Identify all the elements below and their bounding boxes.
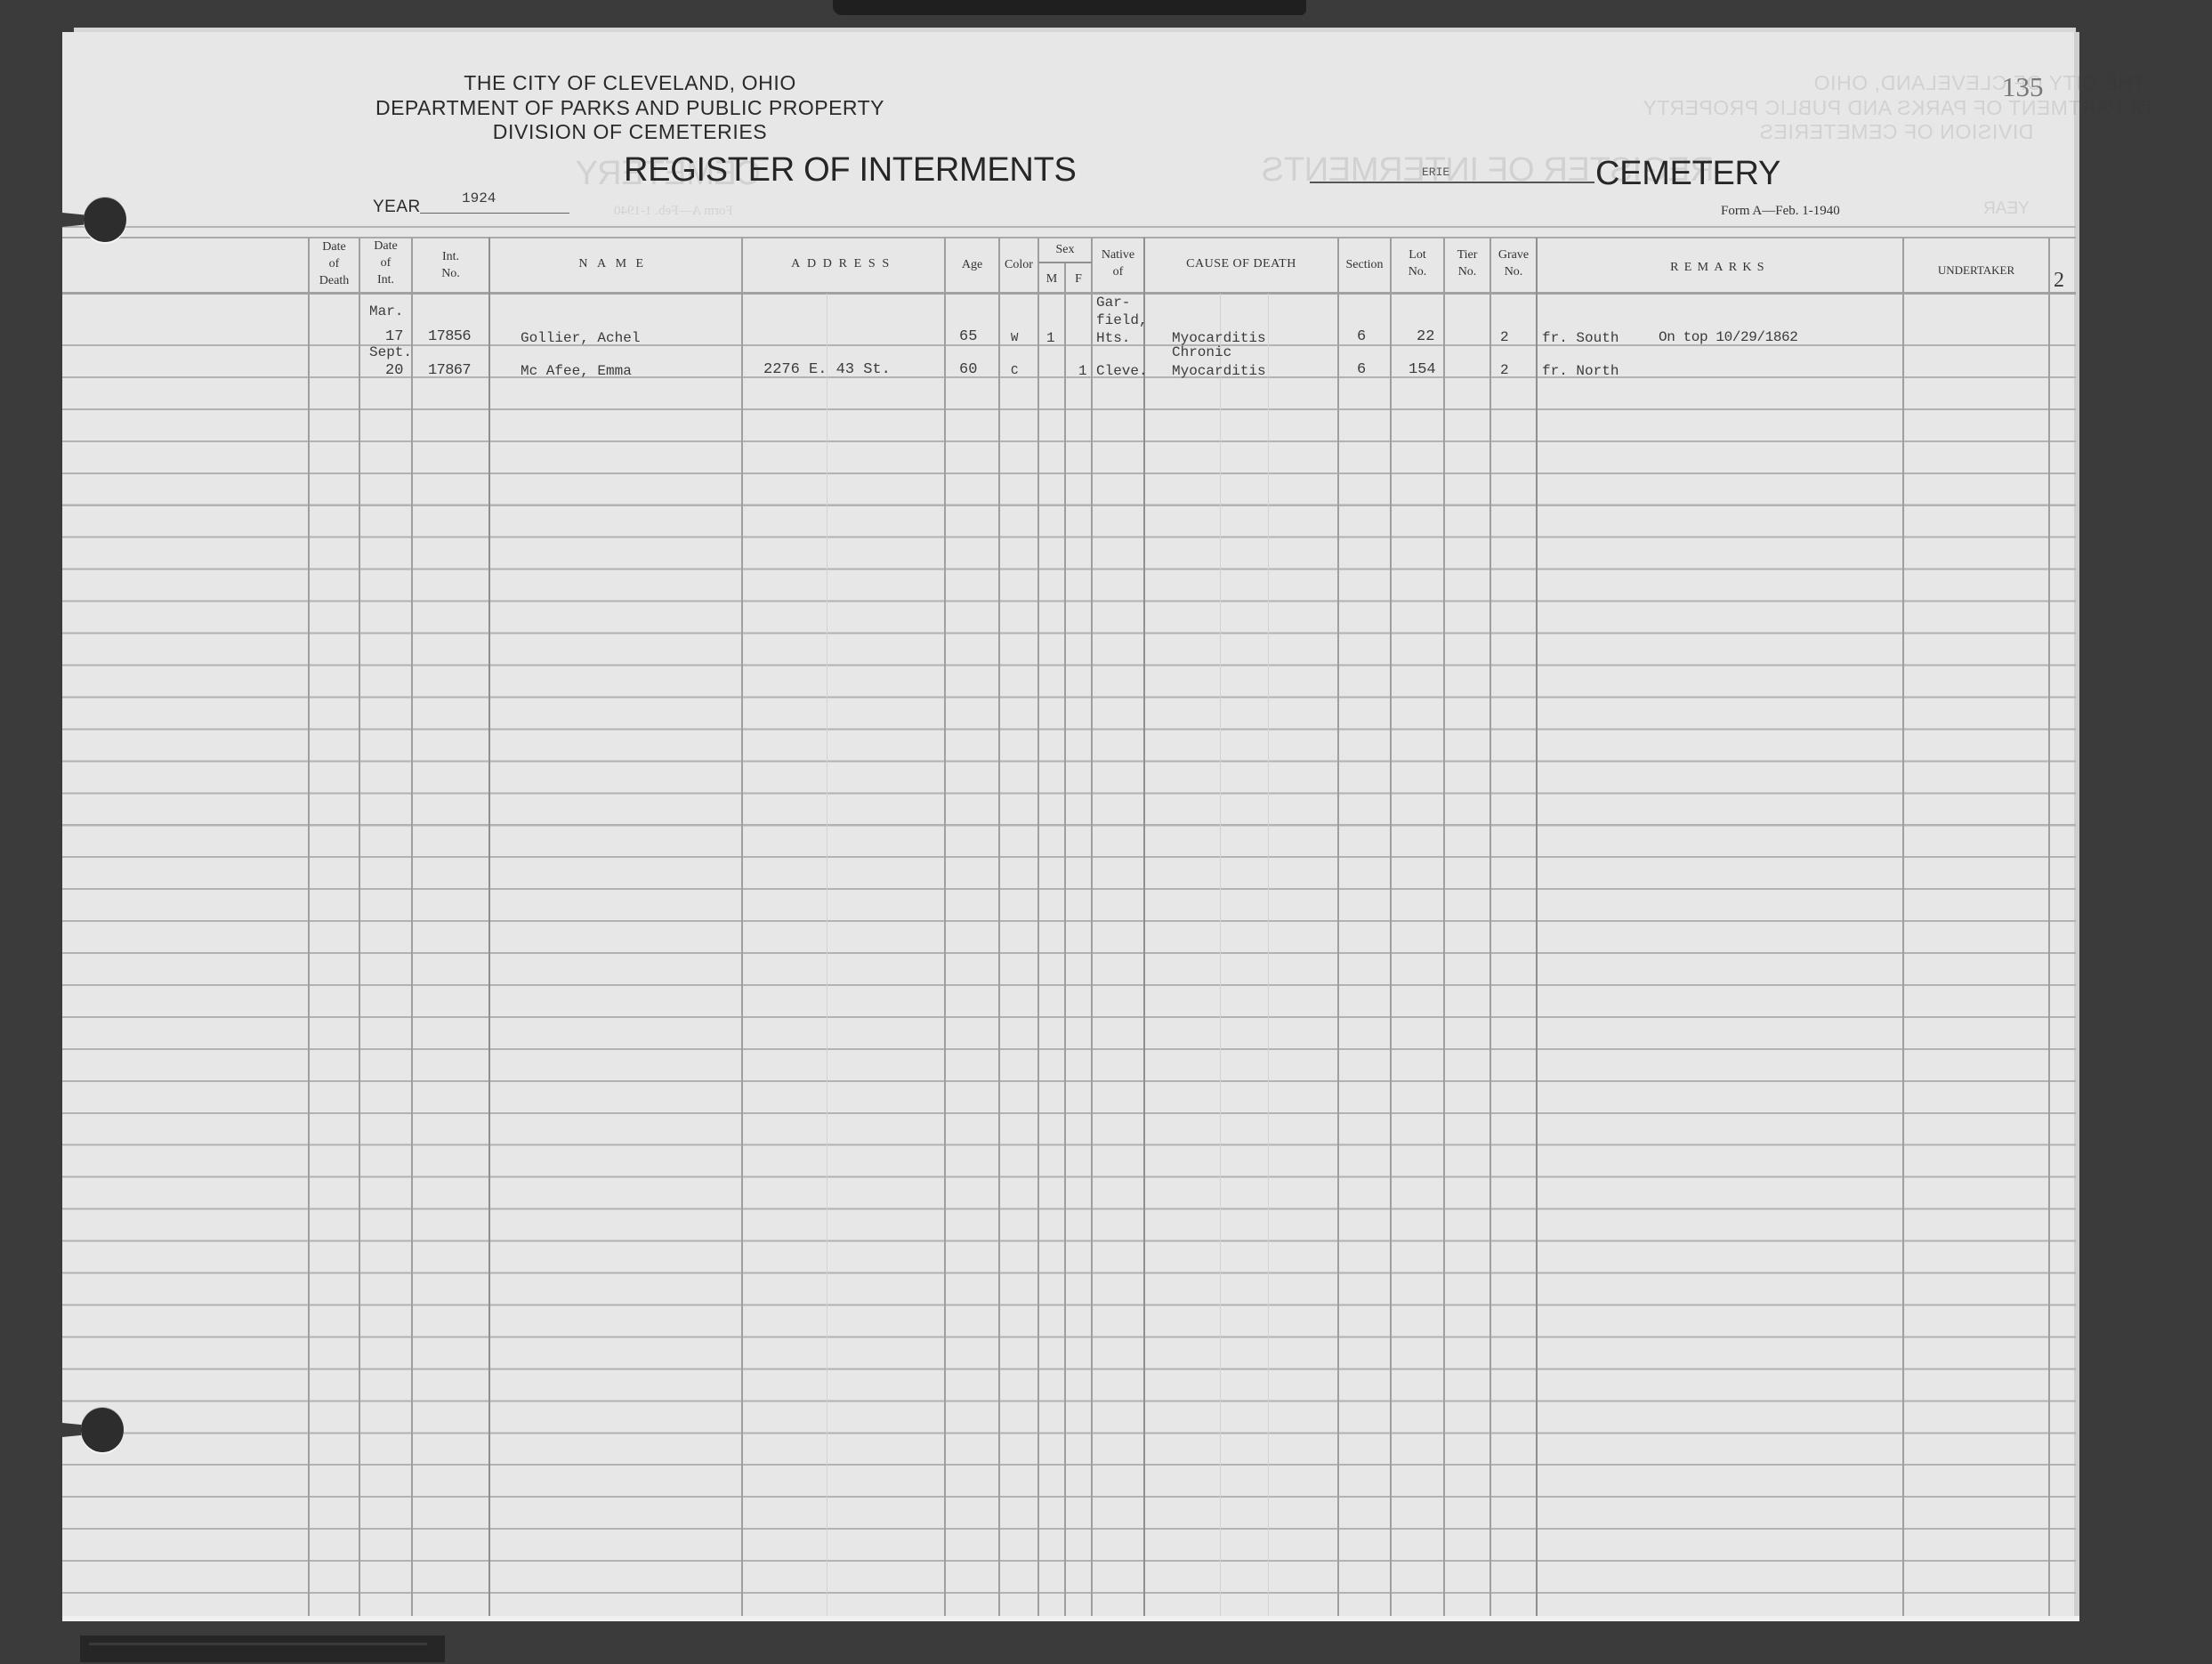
column-rule-section [1337, 238, 1339, 1618]
header-rule-top [62, 226, 2076, 228]
column-rule-date-of-int [359, 238, 360, 1618]
native-of-line: Hts. [1096, 330, 1130, 346]
col-header-line: of [309, 255, 359, 272]
column-rule-remarks [1536, 238, 1538, 1618]
col-header-grave-no: Grave No. [1490, 246, 1537, 280]
date-of-int-day: 17 [385, 329, 403, 345]
col-header-native-of: Native of [1092, 246, 1144, 280]
city-heading: THE CITY OF CLEVELAND, OHIO [363, 71, 897, 95]
age: 65 [959, 329, 977, 345]
faint-rule-cause-2 [1268, 294, 1269, 1618]
year-value: 1924 [462, 190, 496, 206]
column-rule-cause-of-death [1143, 238, 1145, 1618]
grave-no: 2 [1500, 329, 1509, 345]
scan-dark-strip-bottom [80, 1636, 445, 1662]
col-header-tier-no: Tier No. [1444, 246, 1490, 280]
column-rule-tier-no [1443, 238, 1445, 1618]
column-rule-undertaker [1902, 238, 1904, 1618]
col-header-sex: Sex [1038, 241, 1092, 258]
column-rule-native-of [1091, 238, 1093, 1618]
column-rule-sex [1037, 238, 1039, 1618]
col-header-line: Grave [1490, 246, 1537, 263]
col-header-date-of-int: Date of Int. [359, 238, 412, 288]
column-rule-name [488, 238, 490, 1618]
col-header-int-no: Int. No. [412, 248, 489, 282]
col-header-color: Color [999, 256, 1038, 273]
register-title: REGISTER OF INTERMENTS [624, 151, 1077, 190]
ledger-ruled-lines [62, 344, 2076, 1594]
column-rule-sex-mf-divider [1064, 263, 1066, 1618]
column-rule-lot-no [1390, 238, 1392, 1618]
address: 2276 E. 43 St. [763, 362, 891, 378]
col-header-line: Int. [359, 271, 412, 288]
column-rule-date-of-death [308, 238, 310, 1618]
color: W [1011, 330, 1018, 346]
cause-of-death-line: Chronic [1172, 344, 1231, 360]
column-rule-color [998, 238, 1000, 1618]
column-rule-grave-no [1489, 238, 1491, 1618]
col-header-line: No. [1391, 263, 1444, 280]
col-header-line: Date [359, 238, 412, 254]
lot-no: 154 [1409, 362, 1436, 378]
col-header-line: Death [309, 272, 359, 289]
remarks-position: fr. South [1542, 330, 1619, 346]
col-header-age: Age [945, 256, 999, 273]
col-header-address: ADDRESS [742, 255, 945, 272]
date-of-int-day: 20 [385, 363, 403, 379]
remarks-position: fr. North [1542, 363, 1619, 379]
col-header-line: Tier [1444, 246, 1490, 263]
deceased-name: Mc Afee, Emma [521, 363, 632, 379]
date-of-int-month: Sept. [369, 344, 412, 360]
age: 60 [959, 362, 977, 378]
col-header-remarks: REMARKS [1537, 259, 1903, 276]
sheet-number: 2 [2054, 269, 2064, 293]
column-rule-age [944, 238, 946, 1618]
cause-of-death-line: Myocarditis [1172, 363, 1266, 379]
section: 6 [1357, 329, 1366, 345]
cemetery-label: CEMETERY [1595, 155, 1780, 193]
sex-m: 1 [1046, 330, 1055, 346]
table-header-bottom-rule [62, 292, 2076, 295]
year-label: YEAR [373, 198, 421, 217]
section: 6 [1357, 362, 1366, 378]
page-edge-bottom [62, 1616, 2079, 1621]
binder-hole-top [84, 198, 126, 242]
grave-no: 2 [1500, 362, 1509, 378]
col-header-cause-of-death: CAUSE OF DEATH [1144, 255, 1338, 272]
col-header-line: No. [412, 265, 489, 282]
faint-rule-cause-1 [1220, 294, 1221, 1618]
deceased-name: Gollier, Achel [521, 330, 640, 346]
col-header-undertaker: UNDERTAKER [1903, 262, 2049, 279]
division-heading: DIVISION OF CEMETERIES [363, 120, 897, 144]
color: C [1011, 363, 1018, 379]
col-header-line: No. [1490, 263, 1537, 280]
int-no: 17867 [428, 363, 471, 379]
col-header-name: NAME [489, 255, 742, 272]
col-header-line: Native [1092, 246, 1144, 263]
col-header-date-of-death: Date of Death [309, 238, 359, 289]
bleed-through-division: DIVISION OF CEMETERIES [1759, 120, 2033, 144]
page-number: 135 [2002, 71, 2044, 103]
col-header-line: of [1092, 263, 1144, 280]
remarks-note: On top 10/29/1862 [1659, 329, 1797, 345]
bleed-through-department: DEPARTMENT OF PARKS AND PUBLIC PROPERTY [1643, 96, 2151, 120]
lot-no: 22 [1417, 329, 1434, 345]
col-header-line: No. [1444, 263, 1490, 280]
col-header-line: of [359, 254, 412, 271]
bleed-through-form-id: Form A—Feb. 1-1940 [614, 204, 733, 219]
scan-dark-strip-top [833, 0, 1306, 15]
date-of-int-month: Mar. [369, 303, 403, 319]
cemetery-name: ERIE [1422, 166, 1449, 179]
column-rule-address [741, 238, 743, 1618]
cemetery-name-underline [1310, 182, 1594, 183]
native-of-line: Cleve. [1096, 363, 1148, 379]
faint-rule-address [827, 294, 827, 1618]
col-header-lot-no: Lot No. [1391, 246, 1444, 280]
int-no: 17856 [428, 329, 471, 345]
year-underline [420, 213, 569, 214]
col-header-sex-m: M [1038, 271, 1065, 287]
binder-hole-bottom [81, 1408, 124, 1452]
col-header-line: Int. [412, 248, 489, 265]
column-rule-int-no [411, 238, 413, 1618]
native-of-line: field, [1096, 312, 1148, 328]
col-header-line: Date [309, 238, 359, 255]
sex-f: 1 [1078, 363, 1087, 379]
col-header-sex-f: F [1065, 271, 1092, 287]
bleed-through-year-label: YEAR [1983, 199, 2030, 219]
col-header-section: Section [1338, 256, 1391, 273]
sex-header-divider [1038, 262, 1092, 263]
native-of-line: Gar- [1096, 295, 1130, 311]
column-rule-sheet [2048, 238, 2050, 1618]
form-id: Form A—Feb. 1-1940 [1721, 204, 1840, 219]
col-header-line: Lot [1391, 246, 1444, 263]
bleed-through-city: THE CITY OF CLEVELAND, OHIO [1813, 71, 2146, 95]
department-heading: DEPARTMENT OF PARKS AND PUBLIC PROPERTY [363, 96, 897, 120]
